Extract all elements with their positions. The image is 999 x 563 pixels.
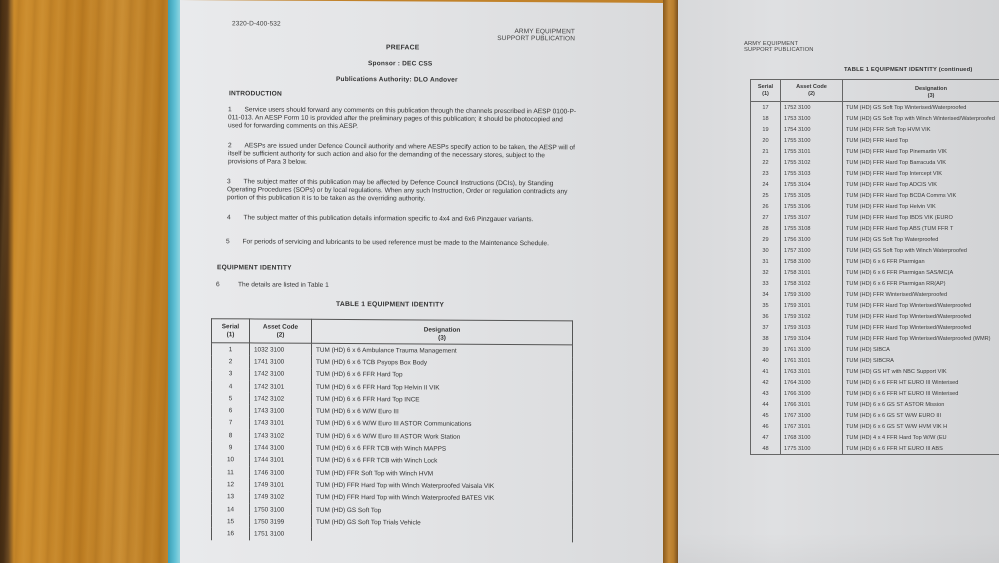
serial-cell: 41 xyxy=(751,366,781,377)
serial-cell: 34 xyxy=(751,289,781,300)
designation-cell: TUM (HD) 6 x 6 GS ST W/W HVM VIK H xyxy=(843,421,999,432)
paragraph-2: 2 AESPs are issued under Defence Council… xyxy=(228,142,576,169)
designation-cell: TUM (HD) SIBCA xyxy=(843,344,999,355)
designation-cell: TUM (HD) GS Soft Top Winterised/Waterpro… xyxy=(843,102,999,114)
designation-cell: TUM (HD) GS Soft Top with Winch Waterpro… xyxy=(843,245,999,256)
publisher-block: ARMY EQUIPMENT SUPPORT PUBLICATION xyxy=(497,28,575,42)
table-row: 381759 3104TUM (HD) FFR Hard Top Winteri… xyxy=(751,333,999,344)
asset-code-cell: 1755 3101 xyxy=(781,146,843,157)
asset-code-cell: 1750 3100 xyxy=(250,503,312,516)
serial-cell: 43 xyxy=(751,388,781,399)
asset-code-cell: 1759 3103 xyxy=(781,322,843,333)
paragraph-text: For periods of servicing and lubricants … xyxy=(243,238,549,247)
table-row: 371759 3103TUM (HD) FFR Hard Top Winteri… xyxy=(751,322,999,333)
asset-code-cell: 1758 3100 xyxy=(781,256,843,267)
serial-cell: 42 xyxy=(751,377,781,388)
designation-cell: TUM (HD) 6 x 6 FFR HT EURO III Winterise… xyxy=(843,377,999,388)
designation-cell: TUM (HD) FFR Hard Top ADCIS VIK xyxy=(843,179,999,190)
asset-code-cell: 1775 3100 xyxy=(781,443,843,455)
table-row: 311758 3100TUM (HD) 6 x 6 FFR Ptarmigan xyxy=(751,256,999,267)
table-header-row: Serial(1) Asset Code(2) Designation(3) xyxy=(212,319,573,345)
asset-code-cell: 1766 3101 xyxy=(781,399,843,410)
paragraph-number: 3 xyxy=(227,178,231,185)
asset-code-cell: 1741 3100 xyxy=(250,356,312,369)
equipment-heading: EQUIPMENT IDENTITY xyxy=(217,264,292,271)
table-row: 271755 3107TUM (HD) FFR Hard Top IBDS VI… xyxy=(751,212,999,223)
asset-code-cell: 1764 3100 xyxy=(781,377,843,388)
asset-code-cell: 1032 3100 xyxy=(250,343,312,356)
table-title: TABLE 1 EQUIPMENT IDENTITY (continued) xyxy=(844,67,972,73)
asset-code-cell: 1759 3100 xyxy=(781,289,843,300)
intro-heading: INTRODUCTION xyxy=(229,90,282,97)
publisher-line2: SUPPORT PUBLICATION xyxy=(744,47,814,53)
serial-cell: 13 xyxy=(212,491,250,504)
serial-cell: 17 xyxy=(751,102,781,114)
serial-cell: 28 xyxy=(751,223,781,234)
paragraph-1: 1 Service users should forward any comme… xyxy=(228,106,578,133)
paragraph-text: AESPs are issued under Defence Council a… xyxy=(228,142,575,166)
designation-cell: TUM (HD) FFR Hard Top Helvin VIK xyxy=(843,201,999,212)
paragraph-5: 5 For periods of servicing and lubricant… xyxy=(226,238,571,248)
serial-cell: 4 xyxy=(212,380,250,393)
serial-cell: 9 xyxy=(212,442,250,455)
table-row: 251755 3105TUM (HD) FFR Hard Top BCDA Co… xyxy=(751,190,999,201)
table-row: 481775 3100TUM (HD) 6 x 6 FFR HT EURO II… xyxy=(751,443,999,455)
designation-cell: TUM (HD) FFR Hard Top IBDS VIK (EURO xyxy=(843,212,999,223)
asset-code-cell: 1749 3102 xyxy=(250,491,312,504)
publisher-block: ARMY EQUIPMENT SUPPORT PUBLICATION xyxy=(744,41,814,53)
sponsor-line: Sponsor : DEC CSS xyxy=(368,60,432,67)
paragraph-number: 1 xyxy=(228,106,232,113)
serial-cell: 29 xyxy=(751,234,781,245)
asset-code-cell: 1755 3104 xyxy=(781,179,843,190)
publisher-line2: SUPPORT PUBLICATION xyxy=(497,35,575,42)
designation-cell: TUM (HD) FFR Hard Top BCDA Comms VIK xyxy=(843,190,999,201)
table-row: 411763 3101TUM (HD) GS HT with NBC Suppo… xyxy=(751,366,999,377)
table-row: 261755 3106TUM (HD) FFR Hard Top Helvin … xyxy=(751,201,999,212)
asset-code-cell: 1755 3100 xyxy=(781,135,843,146)
serial-cell: 15 xyxy=(212,515,250,528)
serial-cell: 21 xyxy=(751,146,781,157)
serial-cell: 30 xyxy=(751,245,781,256)
serial-cell: 32 xyxy=(751,267,781,278)
asset-code-cell: 1761 3101 xyxy=(781,355,843,366)
asset-code-cell: 1768 3100 xyxy=(781,432,843,443)
table-row: 461767 3101TUM (HD) 6 x 6 GS ST W/W HVM … xyxy=(751,421,999,432)
serial-cell: 2 xyxy=(212,355,250,368)
paragraph-number: 5 xyxy=(226,238,230,245)
asset-code-cell: 1750 3199 xyxy=(250,516,312,529)
serial-cell: 48 xyxy=(751,443,781,455)
designation-cell: TUM (HD) GS HT with NBC Support VIK xyxy=(843,366,999,377)
paragraph-3: 3 The subject matter of this publication… xyxy=(227,178,573,205)
asset-code-cell: 1767 3101 xyxy=(781,421,843,432)
asset-code-cell: 1755 3103 xyxy=(781,168,843,179)
asset-code-cell: 1743 3100 xyxy=(250,405,312,418)
serial-cell: 6 xyxy=(212,405,250,418)
table-row: 291756 3100TUM (HD) GS Soft Top Waterpro… xyxy=(751,234,999,245)
asset-code-cell: 1755 3108 xyxy=(781,223,843,234)
left-page: 2320-D-400-532 ARMY EQUIPMENT SUPPORT PU… xyxy=(180,0,663,563)
header-designation: Designation(3) xyxy=(843,80,999,102)
serial-cell: 37 xyxy=(751,322,781,333)
table-row: 351759 3101TUM (HD) FFR Hard Top Winteri… xyxy=(751,300,999,311)
serial-cell: 7 xyxy=(212,417,250,430)
table-row: 301757 3100TUM (HD) GS Soft Top with Win… xyxy=(751,245,999,256)
header-serial: Serial(1) xyxy=(751,80,781,102)
table-row: 341759 3100TUM (HD) FFR Winterised/Water… xyxy=(751,289,999,300)
paragraph-number: 6 xyxy=(216,281,220,288)
serial-cell: 36 xyxy=(751,311,781,322)
page-shadow xyxy=(678,533,999,563)
serial-cell: 12 xyxy=(212,478,250,491)
asset-code-cell: 1743 3101 xyxy=(250,417,312,430)
serial-cell: 47 xyxy=(751,432,781,443)
asset-code-cell: 1759 3101 xyxy=(781,300,843,311)
designation-cell: TUM (HD) 6 x 6 FFR Ptarmigan xyxy=(843,256,999,267)
serial-cell: 27 xyxy=(751,212,781,223)
table-header-row: Serial(1) Asset Code(2) Designation(3) xyxy=(751,80,999,102)
serial-cell: 1 xyxy=(212,343,250,356)
serial-cell: 19 xyxy=(751,124,781,135)
header-designation: Designation(3) xyxy=(312,319,573,345)
serial-cell: 25 xyxy=(751,190,781,201)
paragraph-text: The details are listed in Table 1 xyxy=(238,281,329,289)
asset-code-cell: 1755 3105 xyxy=(781,190,843,201)
designation-cell: TUM (HD) 6 x 6 FFR Ptarmigan RR(AP) xyxy=(843,278,999,289)
serial-cell: 22 xyxy=(751,157,781,168)
table-row: 431766 3100TUM (HD) 6 x 6 FFR HT EURO II… xyxy=(751,388,999,399)
designation-cell xyxy=(312,528,573,542)
header-asset-code: Asset Code(2) xyxy=(781,80,843,102)
table-row: 391761 3100TUM (HD) SIBCA xyxy=(751,344,999,355)
paragraph-number: 4 xyxy=(227,214,231,221)
asset-code-cell: 1755 3102 xyxy=(781,157,843,168)
asset-code-cell: 1756 3100 xyxy=(781,234,843,245)
designation-cell: TUM (HD) FFR Hard Top Intercept VIK xyxy=(843,168,999,179)
serial-cell: 11 xyxy=(212,466,250,479)
binder-cover-edge xyxy=(168,0,180,563)
table-row: 421764 3100TUM (HD) 6 x 6 FFR HT EURO II… xyxy=(751,377,999,388)
designation-cell: TUM (HD) FFR Hard Top ABS (TUM FFR T xyxy=(843,223,999,234)
designation-cell: TUM (HD) FFR Hard Top Pinemartin VIK xyxy=(843,146,999,157)
serial-cell: 16 xyxy=(212,528,250,541)
table-row: 441766 3101TUM (HD) 6 x 6 GS ST ASTOR Mi… xyxy=(751,399,999,410)
serial-cell: 20 xyxy=(751,135,781,146)
page-gap-wood xyxy=(663,0,678,563)
designation-cell: TUM (HD) FFR Hard Top Winterised/Waterpr… xyxy=(843,333,999,344)
table-row: 181753 3100TUM (HD) GS Soft Top with Win… xyxy=(751,113,999,124)
serial-cell: 5 xyxy=(212,392,250,405)
paragraph-text: The subject matter of this publication d… xyxy=(244,214,534,223)
designation-cell: TUM (HD) 6 x 6 GS ST ASTOR Mission xyxy=(843,399,999,410)
table-row: 331758 3102TUM (HD) 6 x 6 FFR Ptarmigan … xyxy=(751,278,999,289)
asset-code-cell: 1766 3100 xyxy=(781,388,843,399)
authority-line: Publications Authority: DLO Andover xyxy=(336,76,458,84)
doc-number: 2320-D-400-532 xyxy=(232,20,281,27)
table-row: 201755 3100TUM (HD) FFR Hard Top xyxy=(751,135,999,146)
table-row: 171752 3100TUM (HD) GS Soft Top Winteris… xyxy=(751,102,999,114)
asset-code-cell: 1767 3100 xyxy=(781,410,843,421)
paragraph-4: 4 The subject matter of this publication… xyxy=(227,214,572,224)
designation-cell: TUM (HD) FFR Hard Top Winterised/Waterpr… xyxy=(843,322,999,333)
designation-cell: TUM (HD) 4 x 4 FFR Hard Top W/W (EU xyxy=(843,432,999,443)
serial-cell: 3 xyxy=(212,368,250,381)
table-row: 211755 3101TUM (HD) FFR Hard Top Pinemar… xyxy=(751,146,999,157)
serial-cell: 38 xyxy=(751,333,781,344)
designation-cell: TUM (HD) 6 x 6 FFR Ptarmigan SAS/MC(A xyxy=(843,267,999,278)
asset-code-cell: 1742 3100 xyxy=(250,368,312,381)
serial-cell: 31 xyxy=(751,256,781,267)
asset-code-cell: 1759 3102 xyxy=(781,311,843,322)
table-row: 191754 3100TUM (HD) FFR Soft Top HVM VIK xyxy=(751,124,999,135)
asset-code-cell: 1754 3100 xyxy=(781,124,843,135)
designation-cell: TUM (HD) GS Soft Top Waterproofed xyxy=(843,234,999,245)
asset-code-cell: 1751 3100 xyxy=(250,528,312,541)
asset-code-cell: 1755 3106 xyxy=(781,201,843,212)
asset-code-cell: 1742 3101 xyxy=(250,380,312,393)
table-row: 471768 3100TUM (HD) 4 x 4 FFR Hard Top W… xyxy=(751,432,999,443)
table-row: 361759 3102TUM (HD) FFR Hard Top Winteri… xyxy=(751,311,999,322)
table-title: TABLE 1 EQUIPMENT IDENTITY xyxy=(336,301,444,309)
paragraph-text: The subject matter of this publication m… xyxy=(227,178,567,203)
asset-code-cell: 1743 3102 xyxy=(250,430,312,443)
serial-cell: 14 xyxy=(212,503,250,516)
designation-cell: TUM (HD) FFR Soft Top HVM VIK xyxy=(843,124,999,135)
serial-cell: 46 xyxy=(751,421,781,432)
asset-code-cell: 1755 3107 xyxy=(781,212,843,223)
asset-code-cell: 1753 3100 xyxy=(781,113,843,124)
serial-cell: 18 xyxy=(751,113,781,124)
asset-code-cell: 1742 3102 xyxy=(250,393,312,406)
right-page: ARMY EQUIPMENT SUPPORT PUBLICATION TABLE… xyxy=(678,0,999,563)
asset-code-cell: 1758 3101 xyxy=(781,267,843,278)
equipment-table-continued: Serial(1) Asset Code(2) Designation(3) 1… xyxy=(750,79,999,455)
wood-grain xyxy=(0,0,178,563)
header-serial: Serial(1) xyxy=(212,319,250,343)
asset-code-cell: 1744 3100 xyxy=(250,442,312,455)
table-row: 161751 3100 xyxy=(212,528,573,543)
asset-code-cell: 1761 3100 xyxy=(781,344,843,355)
paragraph-number: 2 xyxy=(228,142,232,149)
table-row: 401761 3101TUM (HD) SIBCRA xyxy=(751,355,999,366)
serial-cell: 8 xyxy=(212,429,250,442)
table-row: 321758 3101TUM (HD) 6 x 6 FFR Ptarmigan … xyxy=(751,267,999,278)
designation-cell: TUM (HD) FFR Hard Top xyxy=(843,135,999,146)
table-row: 231755 3103TUM (HD) FFR Hard Top Interce… xyxy=(751,168,999,179)
serial-cell: 10 xyxy=(212,454,250,467)
designation-cell: TUM (HD) 6 x 6 GS ST W/W EURO III xyxy=(843,410,999,421)
serial-cell: 45 xyxy=(751,410,781,421)
serial-cell: 44 xyxy=(751,399,781,410)
table-row: 221755 3102TUM (HD) FFR Hard Top Barracu… xyxy=(751,157,999,168)
table-row: 451767 3100TUM (HD) 6 x 6 GS ST W/W EURO… xyxy=(751,410,999,421)
serial-cell: 24 xyxy=(751,179,781,190)
designation-cell: TUM (HD) SIBCRA xyxy=(843,355,999,366)
designation-cell: TUM (HD) FFR Hard Top Winterised/Waterpr… xyxy=(843,300,999,311)
asset-code-cell: 1759 3104 xyxy=(781,333,843,344)
designation-cell: TUM (HD) GS Soft Top with Winch Winteris… xyxy=(843,113,999,124)
designation-cell: TUM (HD) 6 x 6 FFR HT EURO III ABS xyxy=(843,443,999,455)
paragraph-6: 6 The details are listed in Table 1 xyxy=(216,281,329,290)
asset-code-cell: 1746 3100 xyxy=(250,466,312,479)
serial-cell: 23 xyxy=(751,168,781,179)
asset-code-cell: 1752 3100 xyxy=(781,102,843,114)
serial-cell: 33 xyxy=(751,278,781,289)
paragraph-text: Service users should forward any comment… xyxy=(228,106,576,130)
designation-cell: TUM (HD) 6 x 6 FFR HT EURO III Winterise… xyxy=(843,388,999,399)
equipment-table: Serial(1) Asset Code(2) Designation(3) 1… xyxy=(211,318,573,542)
asset-code-cell: 1758 3102 xyxy=(781,278,843,289)
asset-code-cell: 1749 3101 xyxy=(250,479,312,492)
serial-cell: 35 xyxy=(751,300,781,311)
designation-cell: TUM (HD) FFR Hard Top Barracuda VIK xyxy=(843,157,999,168)
serial-cell: 40 xyxy=(751,355,781,366)
designation-cell: TUM (HD) FFR Winterised/Waterproofed xyxy=(843,289,999,300)
serial-cell: 26 xyxy=(751,201,781,212)
asset-code-cell: 1757 3100 xyxy=(781,245,843,256)
page-title: PREFACE xyxy=(386,44,420,51)
asset-code-cell: 1763 3101 xyxy=(781,366,843,377)
asset-code-cell: 1744 3101 xyxy=(250,454,312,467)
table-row: 281755 3108TUM (HD) FFR Hard Top ABS (TU… xyxy=(751,223,999,234)
header-asset-code: Asset Code(2) xyxy=(250,319,312,343)
designation-cell: TUM (HD) FFR Hard Top Winterised/Waterpr… xyxy=(843,311,999,322)
serial-cell: 39 xyxy=(751,344,781,355)
table-row: 241755 3104TUM (HD) FFR Hard Top ADCIS V… xyxy=(751,179,999,190)
